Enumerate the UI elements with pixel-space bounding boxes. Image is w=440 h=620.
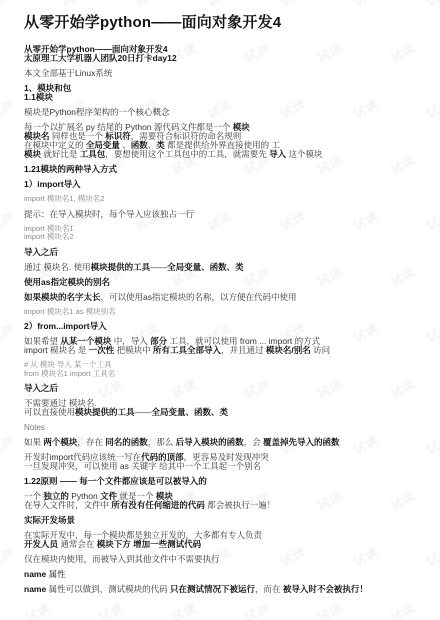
text: —— [135, 407, 152, 417]
bold-text: 全局变量、函数、类 [152, 407, 229, 417]
bold-text: 导入之后 [24, 383, 58, 393]
text: —— [150, 262, 167, 272]
bold-text: 覆盖掉先导入的函数 [263, 437, 340, 447]
text: ，可以使用as指定模块的名称，以方便在代码中使用 [101, 292, 297, 302]
text: 仅在模块内使用，而被导入到其他文件中不需要执行 [24, 554, 220, 564]
text: 都会被执行一遍！ [205, 500, 275, 510]
bold-text: 从零开始学python——面向对象开发4 [24, 14, 281, 31]
text-line: import 模块名1, 模块名2 [24, 195, 412, 204]
paragraph: 如果 两个模块，存在 同名的函数，那么 后导入模块的函数，会 覆盖掉先导入的函数 [24, 438, 412, 447]
watermark-text: 试读 [388, 599, 419, 620]
text-line: 一旦发现冲突，可以使用 as 关键字 给其中一个工具起一个别名 [24, 462, 412, 471]
section-heading: 1）import导入 [24, 180, 412, 189]
text: from 模块名1 import 工具名 [24, 369, 115, 378]
text: 可以直接使用 [24, 407, 75, 417]
bold-text: 模块提供的工具 [91, 262, 151, 272]
watermark-text: 试读 [96, 599, 127, 620]
text-line: import 模块名1 as 模块别名 [24, 308, 412, 317]
text-line: 1、模块和包 [24, 84, 412, 93]
paragraph: 模块是Python程序架构的一个核心概念 [24, 108, 412, 117]
document-page: 试读试读试读试读试读试读试读试读试读试读试读试读试读试读试读试读试读试读试读试读… [0, 0, 440, 620]
bold-text: 2）from...import导入 [24, 321, 107, 331]
paragraph: name 属性可以做到，测试模块的代码 只在测试情况下被运行，而在 被导入时不会… [24, 585, 412, 594]
text-line: import 模块名 是 一次性 把模块中 所有工具全部导入，并且通过 模块名/… [24, 346, 412, 355]
section-heading: 实际开发场景 [24, 516, 412, 525]
bold-text: 模块提供的工具 [75, 407, 135, 417]
text: 访问 [311, 345, 330, 355]
bold-text: 开发人员 [24, 539, 58, 549]
text: 模块是Python程序架构的一个核心概念 [24, 107, 169, 117]
bold-text: 使用as指定模块的别名 [24, 277, 110, 287]
text-line: import 模块名2 [24, 233, 412, 242]
section-heading: 导入之后 [24, 248, 412, 257]
text-line: 1.22原则 —— 每一个文件都应该是可以被导入的 [24, 477, 412, 486]
text-line: 如果模块的名字太长，可以使用as指定模块的名称，以方便在代码中使用 [24, 293, 412, 302]
bold-text: 被导入时不会被执行！ [283, 584, 368, 594]
text: 属性可以做到，测试模块的代码 [46, 584, 170, 594]
section-heading: name 属性 [24, 570, 412, 579]
text: ，那么 [148, 437, 176, 447]
text-line: 通过 模块名. 使用模块提供的工具——全局变量、函数、类 [24, 263, 412, 272]
bold-text: 后导入模块的函数 [176, 437, 244, 447]
text: 属性 [46, 569, 65, 579]
text-line: 仅在模块内使用，而被导入到其他文件中不需要执行 [24, 555, 412, 564]
bold-text: 1.22原则 —— 每一个文件都应该是可以被导入的 [24, 476, 207, 486]
code-block: import 模块名1 as 模块别名 [24, 308, 412, 317]
paragraph: 不需要通过 模块名.可以直接使用模块提供的工具——全局变量、函数、类 [24, 399, 412, 417]
text: ，存在 [77, 437, 105, 447]
bold-text: 两个模块 [43, 437, 77, 447]
bold-text: 导入之后 [24, 247, 58, 257]
text-line: Notes [24, 423, 412, 432]
text-line: 1.21模块的两种导入方式 [24, 165, 412, 174]
text-line: 1.1模块 [24, 93, 412, 102]
bold-text: 模块名/别名 [266, 345, 311, 355]
text-line: 2）from...import导入 [24, 322, 412, 331]
paragraph: 如果希望 从某一个模块 中，导入 部分 工具，就可以使用 from ... im… [24, 337, 412, 355]
bold-text: 只在测试情况下被运行 [170, 584, 255, 594]
text-line: 模块是Python程序架构的一个核心概念 [24, 108, 412, 117]
bold-text: 工具包 [80, 149, 106, 159]
text-line: 使用as指定模块的别名 [24, 278, 412, 287]
text-line: 模块 就好比是 工具包，要想使用这个工具包中的工具，就需要先 导入 这个模块 [24, 150, 412, 159]
text: 本文全部基于Linux系统 [24, 68, 112, 78]
text-line: 1）import导入 [24, 180, 412, 189]
note-line: Notes [24, 423, 412, 432]
text-line: 导入之后 [24, 384, 412, 393]
section-heading: 2）from...import导入 [24, 322, 412, 331]
paragraph: 在实际开发中，每一个模块都是独立开发的，大多都有专人负责开发人员 通常会在 模块… [24, 531, 412, 549]
code-block: import 模块名1import 模块名2 [24, 225, 412, 242]
bold-text: 太原理工大学机器人团队20日打卡day12 [24, 53, 177, 63]
paragraph: 1、模块和包1.1模块 [24, 84, 412, 102]
paragraph: 如果模块的名字太长，可以使用as指定模块的名称，以方便在代码中使用 [24, 293, 412, 302]
text-line: 在导入文件时，文件中 所有没有任何缩进的代码 都会被执行一遍！ [24, 501, 412, 510]
text: ，会 [244, 437, 263, 447]
text: import 模块名 是 [24, 345, 89, 355]
bold-text: 所有没有任何缩进的代码 [111, 500, 205, 510]
watermark-text: 试读 [315, 599, 346, 620]
text: import 模块名1 as 模块别名 [24, 307, 116, 316]
watermark-text: 试读 [242, 599, 273, 620]
text-line: name 属性 [24, 570, 412, 579]
section-heading: 1.22原则 —— 每一个文件都应该是可以被导入的 [24, 477, 412, 486]
text: ，要想使用这个工具包中的工具，就需要先 [105, 149, 269, 159]
text: 如果 [24, 437, 43, 447]
text-line: name 属性可以做到，测试模块的代码 只在测试情况下被运行，而在 被导入时不会… [24, 585, 412, 594]
text-line: 可以直接使用模块提供的工具——全局变量、函数、类 [24, 408, 412, 417]
paragraph: 每一个以扩展名 py 结尾的 Python 源代码文件都是一个 模块模块名 同样… [24, 123, 412, 159]
page-title: 从零开始学python——面向对象开发4 [24, 14, 412, 32]
code-block: import 模块名1, 模块名2 [24, 195, 412, 204]
code-block: # 从 模块 导入 某一个工具from 模块名1 import 工具名 [24, 361, 412, 378]
text: 就好比是 [41, 149, 80, 159]
text-line: 实际开发场景 [24, 516, 412, 525]
bold-text: 模块 [24, 149, 41, 159]
text: 提示：在导入模块时，每个导入应该独占一行 [24, 209, 194, 219]
paragraph: 开发时import代码应该统一写在代码的顶部，更容易及时发现冲突一旦发现冲突，可… [24, 453, 412, 471]
paragraph: 提示：在导入模块时，每个导入应该独占一行 [24, 210, 412, 219]
paragraph: 仅在模块内使用，而被导入到其他文件中不需要执行 [24, 555, 412, 564]
bold-text: 实际开发场景 [24, 515, 75, 525]
section-heading: 1.21模块的两种导入方式 [24, 165, 412, 174]
text-line: import 模块名1 [24, 225, 412, 234]
text: import 模块名2 [24, 232, 74, 241]
text: 通常会在 [58, 539, 97, 549]
paragraph: 从零开始学python——面向对象开发4太原理工大学机器人团队20日打卡day1… [24, 45, 412, 63]
text-line: 导入之后 [24, 248, 412, 257]
section-heading: 导入之后 [24, 384, 412, 393]
text-line: 太原理工大学机器人团队20日打卡day12 [24, 54, 412, 63]
text: 一旦发现冲突，可以使用 as 关键字 给其中一个工具起一个别名 [24, 461, 261, 471]
text: ，并且通过 [221, 345, 266, 355]
bold-text: 1.1模块 [24, 92, 53, 102]
article: 从零开始学python——面向对象开发4从零开始学python——面向对象开发4… [0, 0, 440, 594]
bold-text: 导入 [269, 149, 286, 159]
text: 在导入文件时，文件中 [24, 500, 111, 510]
bold-text: 1）import导入 [24, 179, 81, 189]
watermark-text: 试读 [23, 599, 54, 620]
text-line: 如果 两个模块，存在 同名的函数，那么 后导入模块的函数，会 覆盖掉先导入的函数 [24, 438, 412, 447]
bold-text: 全局变量、函数、类 [167, 262, 244, 272]
text: Notes [24, 423, 45, 432]
text-line: 本文全部基于Linux系统 [24, 69, 412, 78]
paragraph: 本文全部基于Linux系统 [24, 69, 412, 78]
text: import 模块名1, 模块名2 [24, 194, 104, 203]
bold-text: 所有工具全部导入 [153, 345, 221, 355]
text: 这个模块 [286, 149, 322, 159]
bold-text: 增加一些测试代码 [133, 539, 201, 549]
bold-text: 模块下方 [97, 539, 131, 549]
text: 通过 模块名. 使用 [24, 262, 91, 272]
text: 把模块中 [114, 345, 153, 355]
section-heading: 使用as指定模块的别名 [24, 278, 412, 287]
bold-text: 一次性 [89, 345, 115, 355]
text: ，而在 [255, 584, 283, 594]
paragraph: 通过 模块名. 使用模块提供的工具——全局变量、函数、类 [24, 263, 412, 272]
bold-text: name [24, 584, 46, 594]
bold-text: 如果模块的名字太长 [24, 292, 101, 302]
watermark-text: 试读 [169, 599, 200, 620]
text-line: 提示：在导入模块时，每个导入应该独占一行 [24, 210, 412, 219]
bold-text: name [24, 569, 46, 579]
text-line: 开发人员 通常会在 模块下方 增加一些测试代码 [24, 540, 412, 549]
paragraph: 一个 独立的 Python 文件 就是一个 模块在导入文件时，文件中 所有没有任… [24, 492, 412, 510]
text-line: 从零开始学python——面向对象开发4 [24, 14, 412, 32]
bold-text: 1.21模块的两种导入方式 [24, 164, 117, 174]
bold-text: 同名的函数 [105, 437, 148, 447]
text-line: from 模块名1 import 工具名 [24, 370, 412, 379]
